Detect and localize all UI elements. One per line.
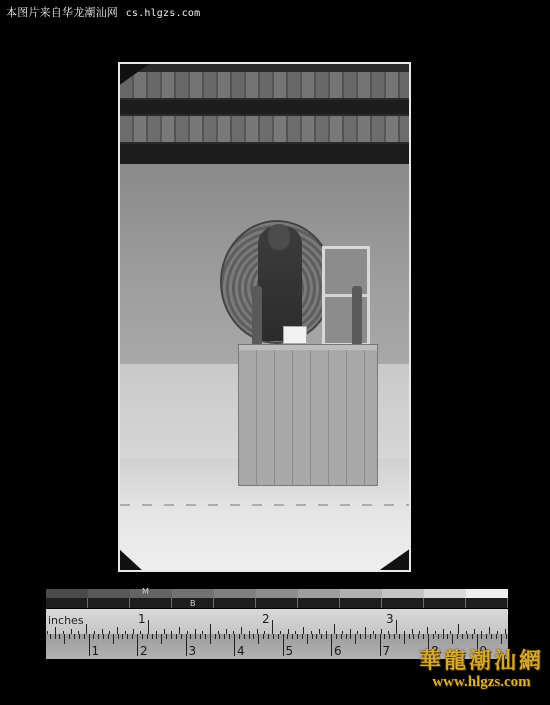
- photo-corner-mount: [118, 62, 152, 86]
- photograph: [118, 62, 411, 572]
- ceiling: [120, 64, 409, 164]
- cm-number: 3: [189, 644, 197, 658]
- inch-number: 3: [386, 612, 394, 626]
- grey-patch: [214, 589, 256, 598]
- grey-scale-strip: [46, 589, 508, 598]
- candlestick-right: [352, 286, 362, 346]
- dark-strip: [46, 598, 508, 608]
- candlestick-left: [252, 286, 262, 346]
- offering-box: [283, 326, 307, 344]
- grey-patch: [88, 589, 130, 598]
- inch-number: 2: [262, 612, 270, 626]
- source-caption: 本图片来自华龙潮汕网 cs.hlgzs.com: [6, 4, 200, 20]
- source-caption-text: 本图片来自华龙潮汕网: [6, 6, 118, 19]
- cm-number: 4: [237, 644, 245, 658]
- inch-ruler: inches 123: [46, 609, 508, 634]
- wooden-altar: [238, 344, 378, 486]
- cm-number: 1: [92, 644, 100, 658]
- inch-unit-label: inches: [48, 614, 84, 627]
- grey-patch: [256, 589, 298, 598]
- shrine-cabinet: [322, 246, 370, 346]
- grey-patch: [382, 589, 424, 598]
- photo-corner-mount: [377, 548, 411, 572]
- grey-patch: [466, 589, 508, 598]
- watermark-chinese: 華龍潮汕網: [419, 648, 544, 674]
- photo-corner-mount: [118, 548, 144, 572]
- watermark-url: www.hlgzs.com: [419, 674, 544, 690]
- cm-number: 2: [140, 644, 148, 658]
- grey-patch: [340, 589, 382, 598]
- cm-number: 5: [286, 644, 294, 658]
- cm-number: 6: [334, 644, 342, 658]
- patch-label-b: B: [190, 599, 196, 608]
- statue-head: [268, 224, 290, 250]
- grey-patch: [298, 589, 340, 598]
- grey-patch: [46, 589, 88, 598]
- patch-label-m: M: [142, 587, 149, 596]
- grey-patch: [172, 589, 214, 598]
- inch-number: 1: [138, 612, 146, 626]
- cm-number: 7: [383, 644, 391, 658]
- grey-patch: [424, 589, 466, 598]
- grey-patch: [130, 589, 172, 598]
- watermark-logo: 華龍潮汕網 www.hlgzs.com: [419, 648, 544, 690]
- source-caption-url: cs.hlgzs.com: [126, 8, 201, 19]
